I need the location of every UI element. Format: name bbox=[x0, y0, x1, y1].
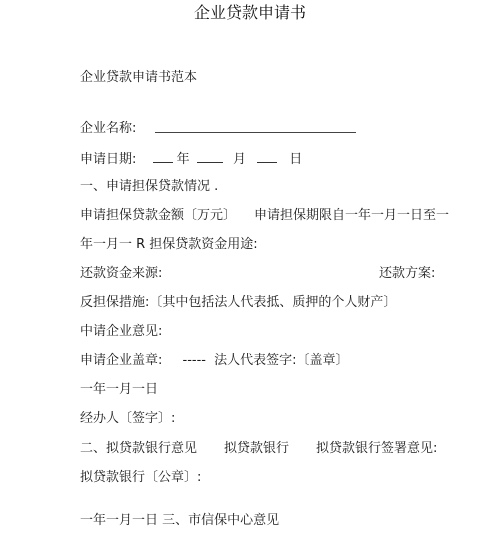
month-blank[interactable] bbox=[197, 150, 223, 163]
repay-plan-label: 还款方案: bbox=[379, 266, 435, 282]
day-label: 日 bbox=[289, 152, 302, 167]
legal-rep-sign-label: 法人代表签字:〔盖章〕 bbox=[214, 353, 348, 368]
section1-heading: 一、申请担保贷款情况 . bbox=[80, 179, 218, 195]
handler-sign-label: 经办人〔签字〕: bbox=[80, 411, 175, 427]
bank-label: 拟贷款银行 bbox=[224, 441, 289, 457]
apply-date-row: 申请日期: 年 月 日 bbox=[80, 150, 302, 168]
company-seal-label: 申请企业盖章: bbox=[80, 353, 162, 368]
date-line-1: 一年一月一日 bbox=[80, 382, 158, 398]
bank-sign-opinion-label: 拟贷款银行签署意见: bbox=[316, 441, 437, 457]
year-blank[interactable] bbox=[153, 150, 173, 163]
company-name-label: 企业名称: bbox=[80, 121, 136, 137]
document-title: 企业贷款申请书 bbox=[0, 3, 500, 23]
company-name-blank[interactable] bbox=[155, 132, 356, 133]
company-seal-row: 申请企业盖章: ----- 法人代表签字:〔盖章〕 bbox=[80, 353, 349, 369]
loan-amount-label: 申请担保贷款金额〔万元〕 bbox=[80, 208, 236, 224]
repay-source-label: 还款资金来源: bbox=[80, 266, 162, 282]
document-subtitle: 企业贷款申请书范本 bbox=[80, 70, 197, 86]
counter-guarantee-label: 反担保措施:〔其中包括法人代表抵、质押的个人财产〕 bbox=[80, 295, 396, 311]
year-label: 年 bbox=[177, 152, 190, 167]
bank-seal-label: 拟贷款银行〔公章〕: bbox=[80, 470, 201, 486]
guarantee-period-continued: 年一月一 R 担保贷款资金用途: bbox=[80, 237, 258, 253]
seal-dashes: ----- bbox=[183, 353, 206, 368]
day-blank[interactable] bbox=[257, 150, 277, 163]
guarantee-period-label: 申请担保期限自一年一月一日至一 bbox=[254, 208, 449, 224]
month-label: 月 bbox=[233, 152, 246, 167]
company-opinion-label: 中请企业意见: bbox=[80, 324, 162, 340]
apply-date-label: 申请日期: bbox=[80, 152, 136, 167]
section2-heading: 二、拟贷款银行意见 bbox=[80, 441, 197, 457]
date-line-2: 一年一月一日 三、市信保中心意见 bbox=[80, 513, 279, 529]
